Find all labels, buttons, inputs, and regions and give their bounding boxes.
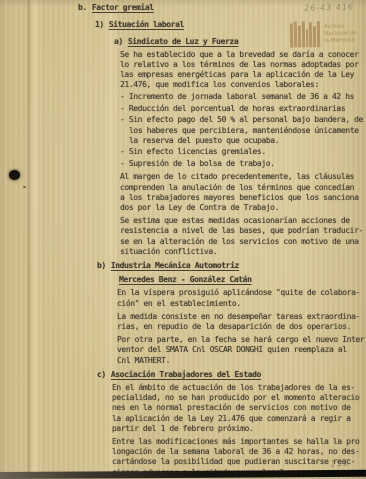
- text-line: Cnl MATHERT.: [117, 356, 366, 366]
- heading-text: Sindicato de Luz y Fuerza: [128, 37, 238, 46]
- paragraph: La medida consiste en no desempeñar tare…: [117, 312, 366, 332]
- paragraph: Al margen de lo citado precedentemente, …: [120, 172, 366, 213]
- heading-h1: b.Factor gremial: [78, 3, 366, 13]
- pencil-annotation-bottom-right: 112: [329, 458, 350, 469]
- text-line: longación de la semana laboral de 36 a 4…: [112, 447, 366, 457]
- text-line: lo relativo a los términos de las normas…: [120, 60, 366, 70]
- heading-text: Factor gremial: [92, 3, 154, 12]
- heading-text: Situación laboral: [109, 20, 184, 29]
- text-line: resistencia a nivel de las bases, que po…: [120, 226, 366, 236]
- bullet-item: - Sin efecto licencias gremiales.: [120, 147, 366, 157]
- text-line: dos por la Ley de Contra de Trabajo.: [120, 203, 366, 213]
- text-line: nes en la normal prestación de servicios…: [112, 403, 366, 413]
- text-line: Se ha establecido que a la brevedad se d…: [120, 50, 366, 60]
- hole-punch-dot: [9, 170, 20, 180]
- paragraph: Se ha establecido que a la brevedad se d…: [120, 50, 366, 91]
- paragraph: Se estima que estas medidas ocasionarían…: [120, 216, 366, 257]
- text-line: cartándose la posibilidad que pudieran s…: [112, 457, 366, 467]
- text-line: En el ámbito de actuación de los trabaja…: [112, 383, 366, 393]
- text-line: a los trabajadores mayores beneficios qu…: [120, 193, 366, 203]
- text-line: - Incremento de jornada laboral semanal …: [120, 92, 366, 102]
- heading-prefix: b): [97, 261, 111, 270]
- heading-h3: a)Sindicato de Luz y Fuerza: [114, 37, 366, 47]
- bullet-item: - Incremento de jornada laboral semanal …: [120, 92, 366, 102]
- ink-speck: [23, 186, 26, 188]
- text-line: Se estima que estas medidas ocasionarían…: [120, 216, 366, 226]
- document-body: b.Factor gremial1)Situación laborala)Sin…: [0, 3, 366, 478]
- bullet-item: - Sin efecto pago del 50 % al personal b…: [120, 115, 366, 146]
- text-line: rias, en repudio de la desaparición de d…: [117, 322, 366, 332]
- paragraph: En el ámbito de actuación de los trabaja…: [112, 383, 366, 434]
- paragraph: Por otra parte, en la fecha se hará carg…: [117, 335, 366, 366]
- heading-text: Industria Mecánica Automotriz: [111, 261, 239, 270]
- text-line: la reserva del puesto que ocupaba.: [120, 136, 366, 146]
- text-line: La medida consiste en no desempeñar tare…: [117, 312, 366, 322]
- text-line: los haberes que percibiera, manteniéndos…: [120, 126, 366, 136]
- heading-h3: c)Asociación Trabajadores del Estado: [97, 370, 366, 380]
- paragraph: En la víspera prosiguió aplicándose "qui…: [117, 288, 366, 308]
- heading-h3: b)Industria Mecánica Automotriz: [97, 261, 366, 271]
- text-line: situación conflictiva.: [120, 247, 366, 257]
- bullet-item: - Reducción del porcentual de horas extr…: [120, 104, 366, 114]
- heading-text: Asociación Trabajadores del Estado: [111, 370, 261, 379]
- text-line: - Sin efecto pago del 50 % al personal b…: [120, 115, 366, 125]
- heading-prefix: c): [97, 370, 111, 379]
- text-line: - Reducción del porcentual de horas extr…: [120, 104, 366, 114]
- text-line: se en la alteración de los servicios con…: [120, 237, 366, 247]
- text-line: 21.476, que modifica los convenios labor…: [120, 80, 366, 90]
- heading-prefix: a): [114, 37, 128, 46]
- text-line: - Sin efecto licencias gremiales.: [120, 147, 366, 157]
- document-blocks: b.Factor gremial1)Situación laborala)Sin…: [0, 3, 366, 478]
- text-line: Al margen de lo citado precedentemente, …: [120, 172, 366, 182]
- text-line: ción" en el establecimiento.: [117, 299, 366, 309]
- text-line: ventor del SMATA Cnl OSCAR DONGHI quien …: [117, 345, 366, 355]
- text-line: En la víspera prosiguió aplicándose "qui…: [117, 288, 366, 298]
- text-line: la aplicación de la Ley 21.476 que comen…: [112, 414, 366, 424]
- heading-text: Mercedes Benz - González Catán: [119, 275, 252, 284]
- text-line: partir del 1 de febrero próximo.: [112, 424, 366, 434]
- text-line: Por otra parte, en la fecha se hará carg…: [117, 335, 366, 345]
- text-line: comprenden la anulación de los términos …: [120, 183, 366, 193]
- heading-h4: Mercedes Benz - González Catán: [119, 275, 366, 285]
- text-line: las empresas energéticas para la aplicac…: [120, 70, 366, 80]
- text-line: - Supresión de la bolsa de trabajo.: [120, 159, 366, 169]
- heading-prefix: b.: [78, 3, 92, 12]
- text-line: Entre las modificaciones más importantes…: [112, 437, 366, 447]
- bullet-item: - Supresión de la bolsa de trabajo.: [120, 159, 366, 169]
- heading-h2: 1)Situación laboral: [95, 20, 366, 30]
- text-line: pecialidad, no se han producido por el m…: [112, 393, 366, 403]
- heading-prefix: 1): [95, 20, 109, 29]
